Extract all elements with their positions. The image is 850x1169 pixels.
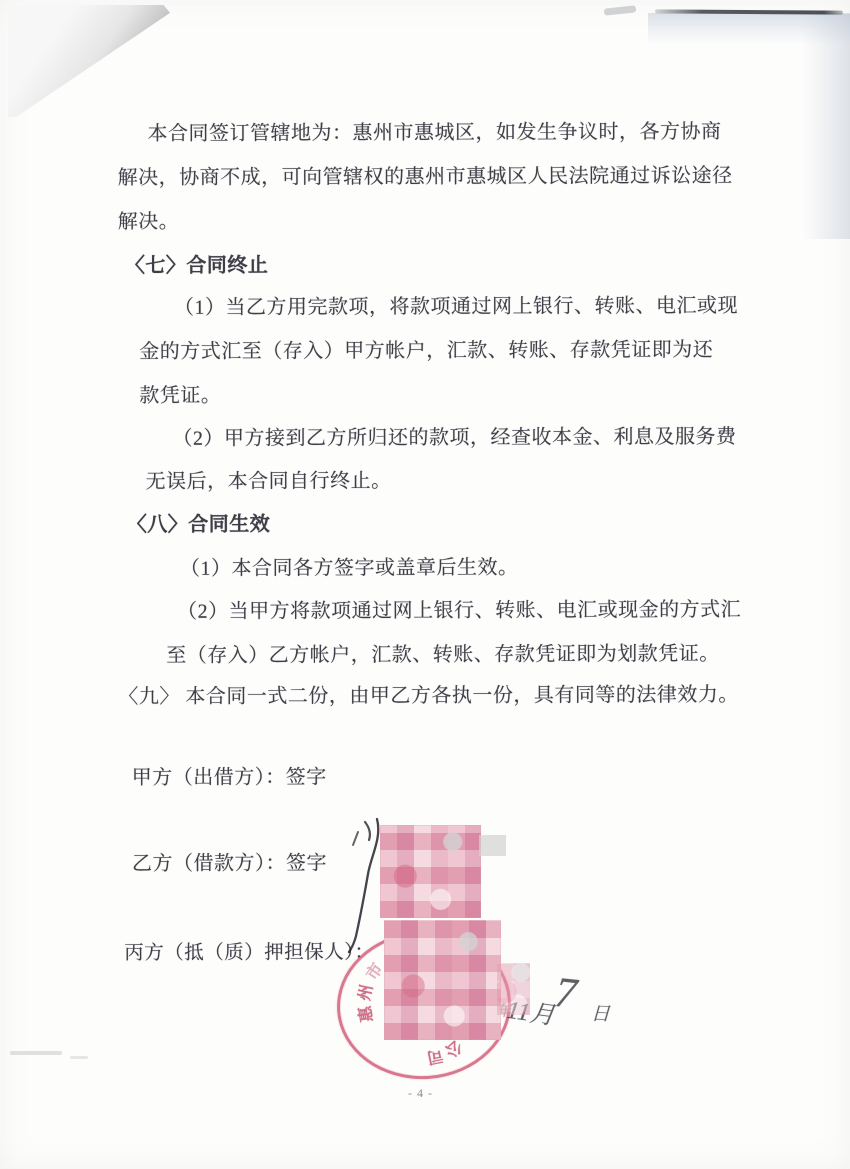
page-number: - 4 - [408, 1086, 433, 1101]
handwritten-day-unit: 日 [591, 999, 611, 1027]
scanned-contract-page: 本合同签订管辖地为：惠州市惠城区，如发生争议时，各方协商 解决，协商不成，可向管… [0, 0, 850, 1169]
handwritten-day-digit: 7 [552, 968, 579, 1019]
redacted-mosaic-cell [479, 835, 506, 856]
redacted-name-mosaic-party-c [384, 920, 501, 1040]
redacted-mosaic-cell [497, 963, 530, 1015]
redacted-signature-mosaic-party-b [380, 825, 481, 918]
